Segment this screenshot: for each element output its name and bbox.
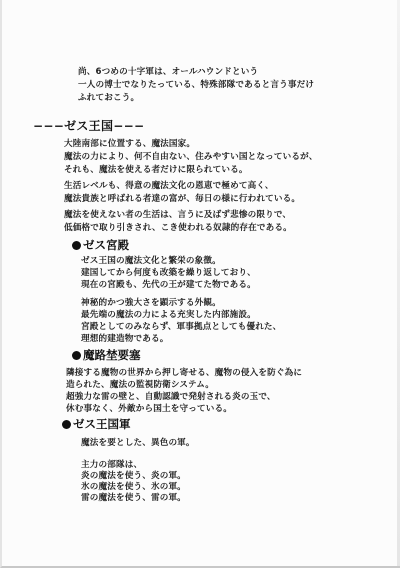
palace-line: 最先端の魔法の力による充実した内部施設。: [81, 310, 256, 321]
palace-line: 神秘的かつ強大さを顕示する外観。: [81, 298, 221, 309]
army-line: 魔法を要とした、異色の軍。: [81, 438, 195, 449]
kingdom-line: 魔法の力により、何不自由ない、住みやすい国となっているが、: [64, 152, 318, 163]
palace-line: 宮殿としてのみならず、軍事拠点としても優れた、: [81, 322, 281, 333]
kingdom-line: 魔法を使えない者の生活は、言うに及ばず悲惨の限りで、: [64, 210, 291, 221]
army-line: 氷の魔法を使う、氷の軍。: [81, 482, 186, 493]
palace-line: 建国してから何度も改築を繰り返しており、: [81, 268, 256, 279]
subsection-heading-palace: ゼス宮殿: [72, 237, 129, 253]
fortress-line: 隣接する魔物の世界から押し寄せる、魔物の侵入を防ぐ為に: [66, 368, 302, 379]
kingdom-line: 低価格で取り引きされ、こき使われる奴隷的存在である。: [64, 223, 292, 234]
kingdom-line: 生活レベルも、得意の魔法文化の恩恵で極めて高く、: [64, 181, 274, 192]
subsection-title: ゼス王国軍: [73, 416, 131, 432]
subsection-heading-army: ゼス王国軍: [62, 416, 131, 432]
fortress-line: 休む事なく、外敵から国土を守っている。: [66, 404, 232, 415]
subsection-title: ゼス宮殿: [83, 237, 129, 253]
bullet-icon: [62, 420, 71, 429]
intro-line: ふれておこう。: [78, 93, 139, 104]
intro-line: 一人の博士でなりたっている、特殊部隊であると言う事だけ: [78, 80, 314, 91]
section-heading-zeth-kingdom: −−−ゼス王国−−−: [33, 117, 144, 134]
bullet-icon: [72, 351, 81, 360]
bullet-icon: [72, 241, 81, 250]
palace-line: ゼス王国の魔法文化と繁栄の象徴。: [81, 256, 221, 267]
kingdom-line: それも、魔法を使える者だけに限られている。: [64, 165, 248, 176]
subsection-title: 魔路埜要塞: [83, 347, 141, 363]
army-line: 雷の魔法を使う、雷の軍。: [81, 493, 186, 504]
fortress-line: 超強力な雷の壁と、自動認識で発射される炎の玉で、: [66, 392, 276, 403]
subsection-heading-fortress: 魔路埜要塞: [72, 347, 141, 363]
palace-line: 理想的建造物である。: [81, 334, 168, 345]
intro-line: 尚、6つめの十字軍は、オールハウンドという: [78, 67, 258, 78]
kingdom-line: 大陸南部に位置する、魔法国家。: [64, 139, 195, 150]
kingdom-line: 魔法貴族と呼ばれる者達の富が、毎日の様に行われている。: [64, 194, 300, 205]
army-line: 炎の魔法を使う、炎の軍。: [81, 471, 186, 482]
scanned-page: 尚、6つめの十字軍は、オールハウンドという 一人の博士でなりたっている、特殊部隊…: [0, 0, 400, 568]
fortress-line: 造られた、魔法の監視防衛システム。: [66, 380, 214, 391]
palace-line: 現在の宮殿も、先代の王が建てた物である。: [81, 280, 256, 291]
army-line: 主力の部隊は、: [81, 460, 142, 471]
